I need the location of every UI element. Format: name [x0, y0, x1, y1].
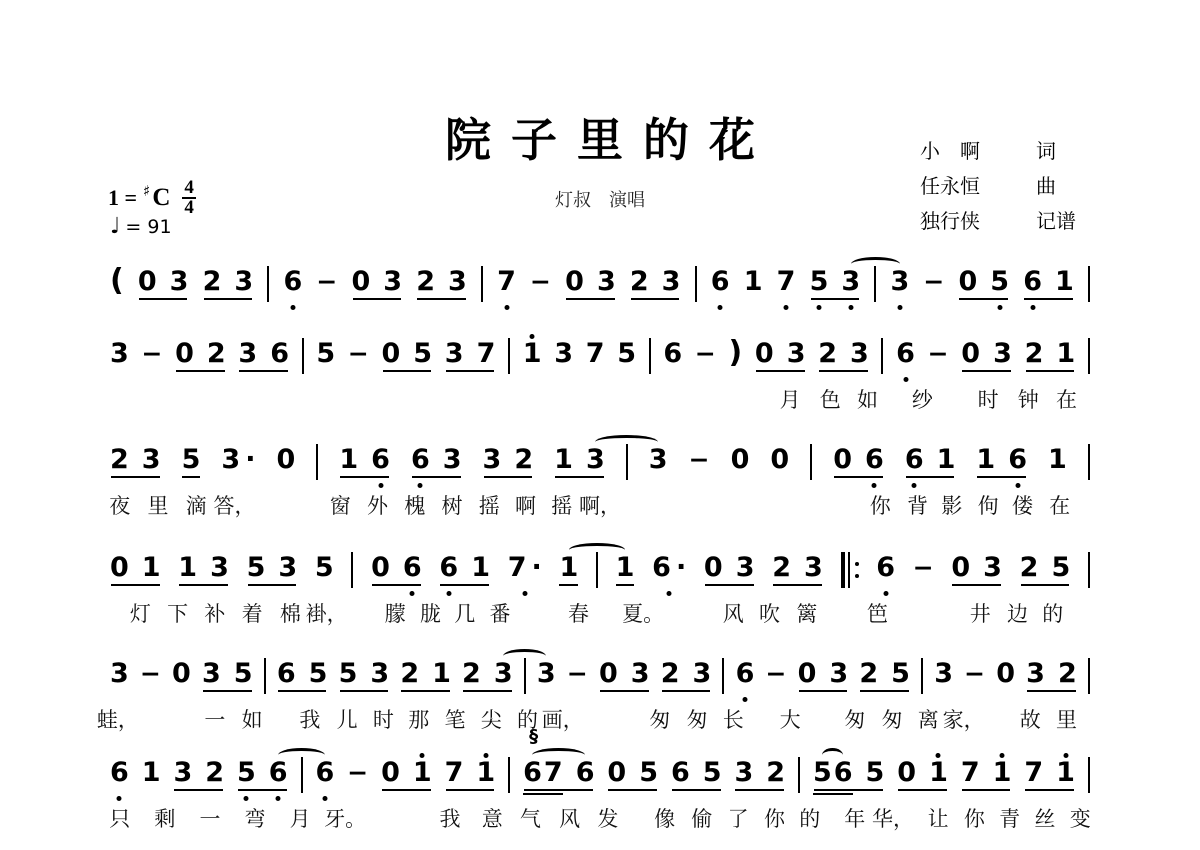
beam-group: 35 — [202, 654, 253, 704]
beam-group: 25 — [1020, 548, 1071, 598]
note-digit-row: 1 — [523, 334, 542, 368]
note-digit: 5 — [617, 340, 636, 368]
note: 5 — [1051, 548, 1070, 598]
note-digit-row: 2 — [859, 654, 878, 688]
lyrics-row: 蛙，一如我儿时那笔尖的画，匆匆长大匆匆离家，故里 — [110, 704, 1090, 730]
octave-dot-below — [276, 796, 281, 801]
lyric-syllable: 牙。 — [324, 803, 366, 833]
note: 0 — [382, 334, 401, 384]
lyric-syllable: 儿 — [337, 704, 358, 734]
note-digit: 6 — [110, 759, 129, 787]
note-digit-row: 5 — [413, 334, 432, 368]
note-digit-row: 3 — [234, 262, 253, 296]
lyric-syllable: 月 — [780, 384, 801, 414]
repeat-thick-bar — [841, 552, 845, 588]
note-digit: 0 — [731, 446, 750, 474]
note-digit: 1 — [554, 446, 573, 474]
lyric-syllable: 笆 — [867, 598, 888, 628]
note-digit-row: 1 — [432, 654, 451, 688]
note-digit: 1 — [1056, 759, 1075, 787]
note-digit: 3 — [890, 268, 909, 296]
lyric-syllable: 匆 — [649, 704, 670, 734]
note-digit: 1 — [142, 759, 161, 787]
note: 1 — [937, 440, 956, 490]
barline — [508, 338, 510, 374]
lyric-syllable: 时 — [373, 704, 394, 734]
notation-row: 3−02365−053713756−)03236−0321 — [110, 334, 1090, 384]
note-digit-row: 0 — [607, 753, 626, 787]
note: 2 — [462, 654, 481, 704]
barline — [1088, 757, 1090, 793]
music-system: 011353506617·116·03236−0325灯下补着棉褂，朦胧几番春夏… — [110, 548, 1090, 598]
note-digit: 0 — [382, 340, 401, 368]
beam-group: 53 — [339, 654, 390, 704]
barline — [798, 757, 800, 793]
parenthesis: ( — [110, 265, 124, 315]
note-digit: 0 — [958, 268, 977, 296]
note-digit: 7 — [961, 759, 980, 787]
note-digit: 5 — [315, 554, 334, 582]
notation-row: 3−035655321233−03236−03253−032 — [110, 654, 1090, 704]
note-digit-row: 1 — [178, 548, 197, 582]
note-digit-row: 3 — [110, 654, 129, 688]
note: 7 — [586, 334, 605, 384]
note-digit: 2 — [205, 759, 224, 787]
beam-group: 37 — [445, 334, 496, 384]
lyric-syllable: 如 — [242, 704, 263, 734]
note-digit-row: 3 — [370, 654, 389, 688]
note-digit: 3 — [202, 660, 221, 688]
note-digit: 3 — [829, 660, 848, 688]
note-digit-row: 1 — [476, 753, 495, 787]
note-digit-row: 5 — [639, 753, 658, 787]
note-digit: 5 — [316, 340, 335, 368]
note-digit: 5 — [413, 340, 432, 368]
beam-group: 01 — [897, 753, 948, 803]
note-digit-row: 0 — [382, 334, 401, 368]
note-digit-row: 3 — [173, 753, 192, 787]
note: 1 — [432, 654, 451, 704]
lyric-syllable: 在 — [1056, 384, 1077, 414]
lyric-syllable: 槐 — [404, 490, 425, 520]
note-digit: 3 — [238, 340, 257, 368]
note-digit-row: 5 — [1051, 548, 1070, 582]
note: 3 — [443, 440, 462, 490]
note-digit: 3 — [662, 268, 681, 296]
note: 0 — [371, 548, 390, 598]
note: 3 — [597, 262, 616, 312]
lyric-syllable: 大 — [780, 704, 801, 734]
note-digit-row: 5 — [703, 753, 722, 787]
barline — [524, 658, 526, 694]
lyric-syllable: 窗 — [330, 490, 351, 520]
beam-group: 13 — [178, 548, 229, 598]
note-digit: 1 — [142, 554, 161, 582]
note-digit: 6 — [711, 268, 730, 296]
note-digit: 6 — [371, 446, 390, 474]
lyric-syllable: 井 — [970, 598, 991, 628]
note-digit-row: 7 — [477, 334, 496, 368]
note-digit-row: 7 — [445, 753, 464, 787]
note-digit: 3 — [734, 759, 753, 787]
note-digit-row: 5 — [891, 654, 910, 688]
note: 1 — [929, 753, 948, 803]
note: 3 — [445, 334, 464, 384]
octave-dot-below — [883, 591, 888, 596]
note-digit: 7 — [445, 759, 464, 787]
note: 6 — [663, 334, 682, 384]
lyric-syllable: 里 — [148, 490, 169, 520]
note: 6 — [277, 654, 296, 704]
note-digit: 0 — [277, 446, 296, 474]
lyric-syllable: 春 — [568, 598, 589, 628]
note-digit-row: 7· — [508, 548, 542, 582]
note-digit: 6 — [905, 446, 924, 474]
note-digit-row: 7 — [777, 262, 796, 296]
octave-dot-below — [290, 305, 295, 310]
octave-dot-below — [784, 305, 789, 310]
lyric-syllable: 棉 — [280, 598, 301, 628]
octave-dot-below — [446, 591, 451, 596]
note-digit-row: 3 — [631, 654, 650, 688]
note: 6· — [652, 548, 686, 598]
note-digit-row: 3 — [734, 753, 753, 787]
note-digit-row: 2 — [203, 262, 222, 296]
note: 3 — [734, 753, 753, 803]
note: 7 — [445, 753, 464, 803]
note: 0 — [897, 753, 916, 803]
note: 7 — [477, 334, 496, 384]
octave-dot-below — [418, 483, 423, 488]
beam-group: 23 — [203, 262, 254, 312]
note: 0 — [704, 548, 723, 598]
note-digit-row: 5 — [247, 548, 266, 582]
beam-group: 01 — [110, 548, 161, 598]
augmentation-dot: · — [245, 446, 255, 474]
note-digit-row: 6 — [411, 440, 430, 474]
note: 2 — [1020, 548, 1039, 598]
octave-dot-above — [420, 753, 425, 758]
lyric-syllable: 那 — [408, 704, 429, 734]
beam-group: 03 — [704, 548, 755, 598]
barline — [1088, 338, 1090, 374]
beam-group: 32 — [173, 753, 224, 803]
beam-group: 71 — [1024, 753, 1075, 803]
note-digit: 3 — [448, 268, 467, 296]
note-digit: 6 — [269, 759, 288, 787]
note-digit: 1 — [976, 446, 995, 474]
lyric-syllable: 滴 — [186, 490, 207, 520]
note-digit-row: 0 — [798, 654, 817, 688]
note: 0 — [961, 334, 980, 384]
note: 3 — [1026, 654, 1045, 704]
note: 1 — [744, 262, 763, 312]
note-digit: 3 — [110, 660, 129, 688]
note-digit: 6 — [576, 759, 595, 787]
note-digit: 6 — [834, 759, 853, 787]
note: 2 — [661, 654, 680, 704]
beam-group: 71 — [445, 753, 496, 803]
octave-dot-below — [1030, 305, 1035, 310]
note-digit: 3 — [537, 660, 556, 688]
beam-group: 61 — [1023, 262, 1074, 312]
note: 0 — [770, 440, 789, 490]
note-digit-row: 3· — [221, 440, 255, 474]
note: 2 — [772, 548, 791, 598]
note-digit: 3 — [631, 660, 650, 688]
note: 1 — [1056, 334, 1075, 384]
lyric-syllable: 我 — [299, 704, 320, 734]
note-digit-row: 0 — [731, 440, 750, 474]
duration-dash: − — [766, 660, 787, 710]
lyric-syllable: 偻 — [1012, 490, 1033, 520]
note-digit-row: 3 — [448, 262, 467, 296]
lyric-syllable: 的 — [1042, 598, 1063, 628]
note-digit-row: 1 — [142, 753, 161, 787]
beam-group: 65 — [671, 753, 722, 803]
note-digit: 1 — [476, 759, 495, 787]
note-digit: 0 — [565, 268, 584, 296]
note: 3 — [383, 262, 402, 312]
note-digit: 1 — [471, 554, 490, 582]
note-digit: 6 — [403, 554, 422, 582]
note: 2 — [207, 334, 226, 384]
note: 6 — [270, 334, 289, 384]
lyric-syllable: 下 — [167, 598, 188, 628]
note-digit-row: 0 — [755, 334, 774, 368]
barline — [1088, 552, 1090, 588]
note: 0 — [352, 262, 371, 312]
notation-row: (03236−03237−0323617533−0561 — [110, 262, 1090, 312]
note: 1 — [476, 753, 495, 803]
lyric-syllable: 像 — [654, 803, 675, 833]
lyric-syllable: 青 — [999, 803, 1020, 833]
lyric-syllable: 朦 — [385, 598, 406, 628]
note-digit-row: 0 — [958, 262, 977, 296]
note-digit-row: 5 — [866, 753, 885, 787]
beam-group: 63 — [411, 440, 462, 490]
beam-group: 25 — [859, 654, 910, 704]
note: 0 — [755, 334, 774, 384]
note-digit-row: 0 — [897, 753, 916, 787]
note-digit: 3 — [370, 660, 389, 688]
note-digit-row: 7 — [497, 262, 516, 296]
lyric-syllable: 褂， — [306, 598, 348, 628]
lyric-syllable: 摇 — [479, 490, 500, 520]
note-digit-row: 3 — [1026, 654, 1045, 688]
lyric-syllable: 外 — [367, 490, 388, 520]
note: 5 — [866, 753, 885, 803]
note: 0 — [565, 262, 584, 312]
note-digit-row: 2 — [205, 753, 224, 787]
note-digit: 2 — [400, 660, 419, 688]
note-digit: 3 — [445, 340, 464, 368]
octave-dot-below — [504, 305, 509, 310]
note: 7· — [508, 548, 542, 598]
note-digit-row: 2 — [400, 654, 419, 688]
octave-dot-below — [378, 483, 383, 488]
octave-dot-below — [244, 796, 249, 801]
note-digit: 3 — [170, 268, 189, 296]
tie-arc — [569, 543, 625, 557]
augmentation-dot: · — [676, 554, 686, 582]
note-digit-row: 6 — [277, 654, 296, 688]
note-digit-row: 3 — [662, 262, 681, 296]
octave-dot-above — [1000, 753, 1005, 758]
lyric-syllable: 夜 — [109, 490, 130, 520]
note: 5 — [247, 548, 266, 598]
note-digit: 3 — [210, 554, 229, 582]
note-digit-row: 0 — [599, 654, 618, 688]
octave-dot-below — [742, 697, 747, 702]
octave-dot-below — [1015, 483, 1020, 488]
note-digit-row: 1 — [1048, 440, 1067, 474]
barline — [481, 266, 483, 302]
note-digit: 6 — [876, 554, 895, 582]
note-digit: 6 — [1008, 446, 1027, 474]
note-digit: 2 — [203, 268, 222, 296]
note-digit: 3 — [234, 268, 253, 296]
note-digit: 3 — [142, 446, 161, 474]
note: 5 — [234, 654, 253, 704]
note: 2 — [1058, 654, 1077, 704]
note-digit: 3 — [993, 340, 1012, 368]
barline — [1088, 444, 1090, 480]
note-digit: 5 — [813, 759, 832, 787]
tie-arc — [278, 748, 325, 762]
tie-arc — [503, 649, 546, 663]
note: 1 — [142, 548, 161, 598]
note-digit-row: 5 — [990, 262, 1009, 296]
note-digit: 0 — [381, 759, 400, 787]
note-digit-row: 1 — [339, 440, 358, 474]
beam-group: 02 — [175, 334, 226, 384]
note-digit-row: 3 — [443, 440, 462, 474]
note-digit-row: 6 — [896, 334, 915, 368]
note-digit: 6 — [523, 759, 542, 787]
note-digit: 3 — [983, 554, 1002, 582]
note-digit: 2 — [818, 340, 837, 368]
beam-group: 03 — [138, 262, 189, 312]
barline — [351, 552, 353, 588]
octave-dot-below — [816, 305, 821, 310]
note-digit-row: 2 — [110, 440, 129, 474]
beam-group: 65 — [277, 654, 328, 704]
lyric-syllable: 钟 — [1018, 384, 1039, 414]
note-digit: 6 — [277, 660, 296, 688]
lyric-syllable: 夏。 — [622, 598, 664, 628]
note-digit-row: 3 — [983, 548, 1002, 582]
tie-arc — [595, 435, 658, 449]
beam-group: 71 — [961, 753, 1012, 803]
note-digit-row: 0 — [996, 654, 1015, 688]
note-digit-row: 2 — [1020, 548, 1039, 582]
note-digit-row: 0 — [352, 262, 371, 296]
note-digit: 1 — [993, 759, 1012, 787]
note-digit: 2 — [110, 446, 129, 474]
music-system: 3−02365−053713756−)03236−0321月色如纱时钟在 — [110, 334, 1090, 384]
note: 1 — [1048, 440, 1067, 490]
note: 2 — [203, 262, 222, 312]
note: 3 — [210, 548, 229, 598]
note-digit-row: 1 — [142, 548, 161, 582]
note-digit-row: 5 — [237, 753, 256, 787]
lyric-syllable: 只 — [109, 803, 130, 833]
duration-dash: − — [140, 660, 161, 710]
note: 0 — [110, 548, 129, 598]
note-digit-row: 6 — [865, 440, 884, 474]
lyric-syllable: 蛙， — [97, 704, 139, 734]
octave-dot-below — [410, 591, 415, 596]
note-digit: 2 — [207, 340, 226, 368]
beam-group: 23 — [661, 654, 712, 704]
note: 5 — [315, 548, 334, 598]
barline — [508, 757, 510, 793]
octave-dot-below — [718, 305, 723, 310]
note-digit: 2 — [766, 759, 785, 787]
note-digit-row: 5 — [339, 654, 358, 688]
note: 5 — [413, 334, 432, 384]
note-digit-row: 5 — [617, 334, 636, 368]
duration-dash: − — [913, 554, 934, 604]
note-digit: 6 — [671, 759, 690, 787]
note-digit-row: 6 — [110, 753, 129, 787]
barline — [1088, 658, 1090, 694]
beam-group: 21 — [400, 654, 451, 704]
duration-dash: − — [348, 340, 369, 390]
note-digit-row: 5 — [316, 334, 335, 368]
note-digit: 5 — [810, 268, 829, 296]
note: 2 — [110, 440, 129, 490]
note: 6 — [110, 753, 129, 803]
sheet-music-page: 院子里的花 灯叔 演唱 小 啊 词 任永恒 曲 独行侠 记谱 1 = ♯ C 4… — [0, 0, 1200, 850]
barline — [267, 266, 269, 302]
note: 6 — [711, 262, 730, 312]
note: 0 — [951, 548, 970, 598]
octave-dot-below — [667, 591, 672, 596]
note-digit: 2 — [661, 660, 680, 688]
beam-group: 23 — [818, 334, 869, 384]
note-digit: 6 — [315, 759, 334, 787]
note-digit-row: 2 — [818, 334, 837, 368]
lyric-syllable: 着 — [242, 598, 263, 628]
note: 3 — [804, 548, 823, 598]
note-digit: 1 — [744, 268, 763, 296]
note-digit-row: 0 — [381, 753, 400, 787]
lyric-syllable: 几 — [454, 598, 475, 628]
note: 3 — [787, 334, 806, 384]
lyric-syllable: 月 — [290, 803, 311, 833]
note-digit-row: 2 — [1025, 334, 1044, 368]
note: 2 — [766, 753, 785, 803]
note-digit-row: 1 — [413, 753, 432, 787]
note: 6 — [905, 440, 924, 490]
note-digit: 3 — [787, 340, 806, 368]
octave-dot-above — [483, 753, 488, 758]
note-digit: 1 — [432, 660, 451, 688]
tie-arc — [822, 748, 843, 762]
beam-group: 05 — [607, 753, 658, 803]
note-digit: 0 — [371, 554, 390, 582]
beam-group: 32 — [483, 440, 534, 490]
note-digit: 1 — [339, 446, 358, 474]
note-digit: 7 — [544, 759, 563, 787]
note: 1 — [1056, 753, 1075, 803]
note-digit-row: 3 — [110, 334, 129, 368]
note: 3 — [142, 440, 161, 490]
note-digit-row: 7 — [586, 334, 605, 368]
barline — [1088, 266, 1090, 302]
